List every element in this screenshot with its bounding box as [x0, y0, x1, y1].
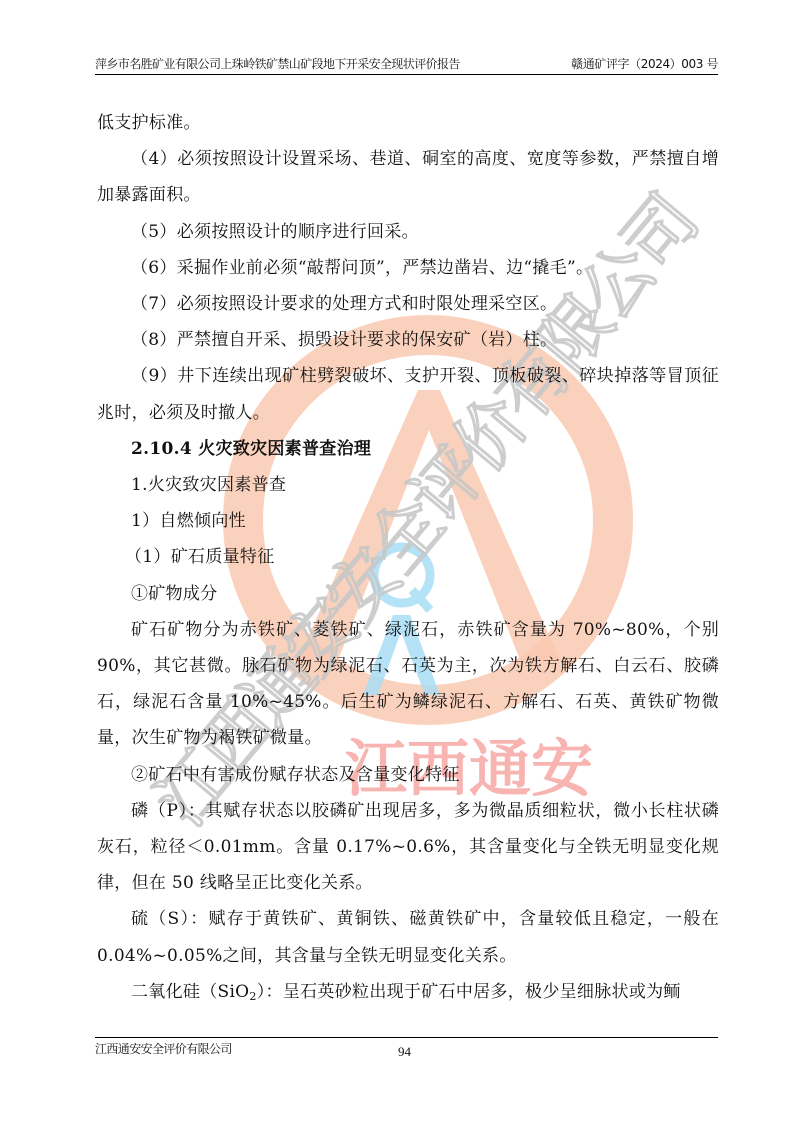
header-report-title: 萍乡市名胜矿业有限公司上珠岭铁矿禁山矿段地下开采安全现状评价报告 [95, 56, 460, 72]
paragraph: 硫（S）：赋存于黄铁矿、黄铜铁、磁黄铁矿中，含量较低且稳定，一般在 0.04%~… [97, 901, 719, 973]
paragraph: （7）必须按照设计要求的处理方式和时限处理采空区。 [97, 286, 719, 322]
paragraph: 低支护标准。 [97, 105, 719, 141]
paragraph: （4）必须按照设计设置采场、巷道、硐室的高度、宽度等参数，严禁擅自增加暴露面积。 [97, 141, 719, 213]
subsection-heading: 1）自燃倾向性 [97, 503, 719, 539]
page-footer: 江西通安安全评价有限公司 94 [95, 1037, 718, 1038]
section-heading: 2.10.4 火灾致灾因素普查治理 [97, 431, 719, 467]
page-number: 94 [398, 1044, 411, 1060]
header-report-number: 赣通矿评字（2024）003 号 [571, 56, 718, 72]
paragraph: （6）采掘作业前必须“敲帮问顶”，严禁边凿岩、边“撬毛”。 [97, 250, 719, 286]
subsection-heading: ①矿物成分 [97, 576, 719, 612]
subsection-heading: （1）矿石质量特征 [97, 539, 719, 575]
footer-company: 江西通安安全评价有限公司 [95, 1040, 232, 1057]
paragraph: （9）井下连续出现矿柱劈裂破坏、支护开裂、顶板破裂、碎块掉落等冒顶征兆时，必须及… [97, 358, 719, 430]
paragraph-suffix: ）：呈石英砂粒出现于矿石中居多，极少呈细脉状或为鲕 [257, 982, 681, 1002]
subsection-heading: ②矿石中有害成份赋存状态及含量变化特征 [97, 757, 719, 793]
page-header: 萍乡市名胜矿业有限公司上珠岭铁矿禁山矿段地下开采安全现状评价报告 赣通矿评字（2… [95, 55, 718, 75]
paragraph: 磷（P）：其赋存状态以胶磷矿出现居多，多为微晶质细粒状，微小长柱状磷灰石，粒径＜… [97, 793, 719, 902]
document-body: 低支护标准。 （4）必须按照设计设置采场、巷道、硐室的高度、宽度等参数，严禁擅自… [97, 105, 719, 1010]
paragraph-prefix: 二氧化硅（SiO [131, 982, 249, 1002]
paragraph: 二氧化硅（SiO2）：呈石英砂粒出现于矿石中居多，极少呈细脉状或为鲕 [97, 974, 719, 1010]
document-page: 萍乡市名胜矿业有限公司上珠岭铁矿禁山矿段地下开采安全现状评价报告 赣通矿评字（2… [0, 0, 794, 1122]
subsection-heading: 1.火灾致灾因素普查 [97, 467, 719, 503]
subscript: 2 [249, 990, 256, 1003]
paragraph: 矿石矿物分为赤铁矿、菱铁矿、绿泥石，赤铁矿含量为 70%~80%，个别 90%，… [97, 612, 719, 757]
paragraph: （8）严禁擅自开采、损毁设计要求的保安矿（岩）柱。 [97, 322, 719, 358]
paragraph: （5）必须按照设计的顺序进行回采。 [97, 214, 719, 250]
